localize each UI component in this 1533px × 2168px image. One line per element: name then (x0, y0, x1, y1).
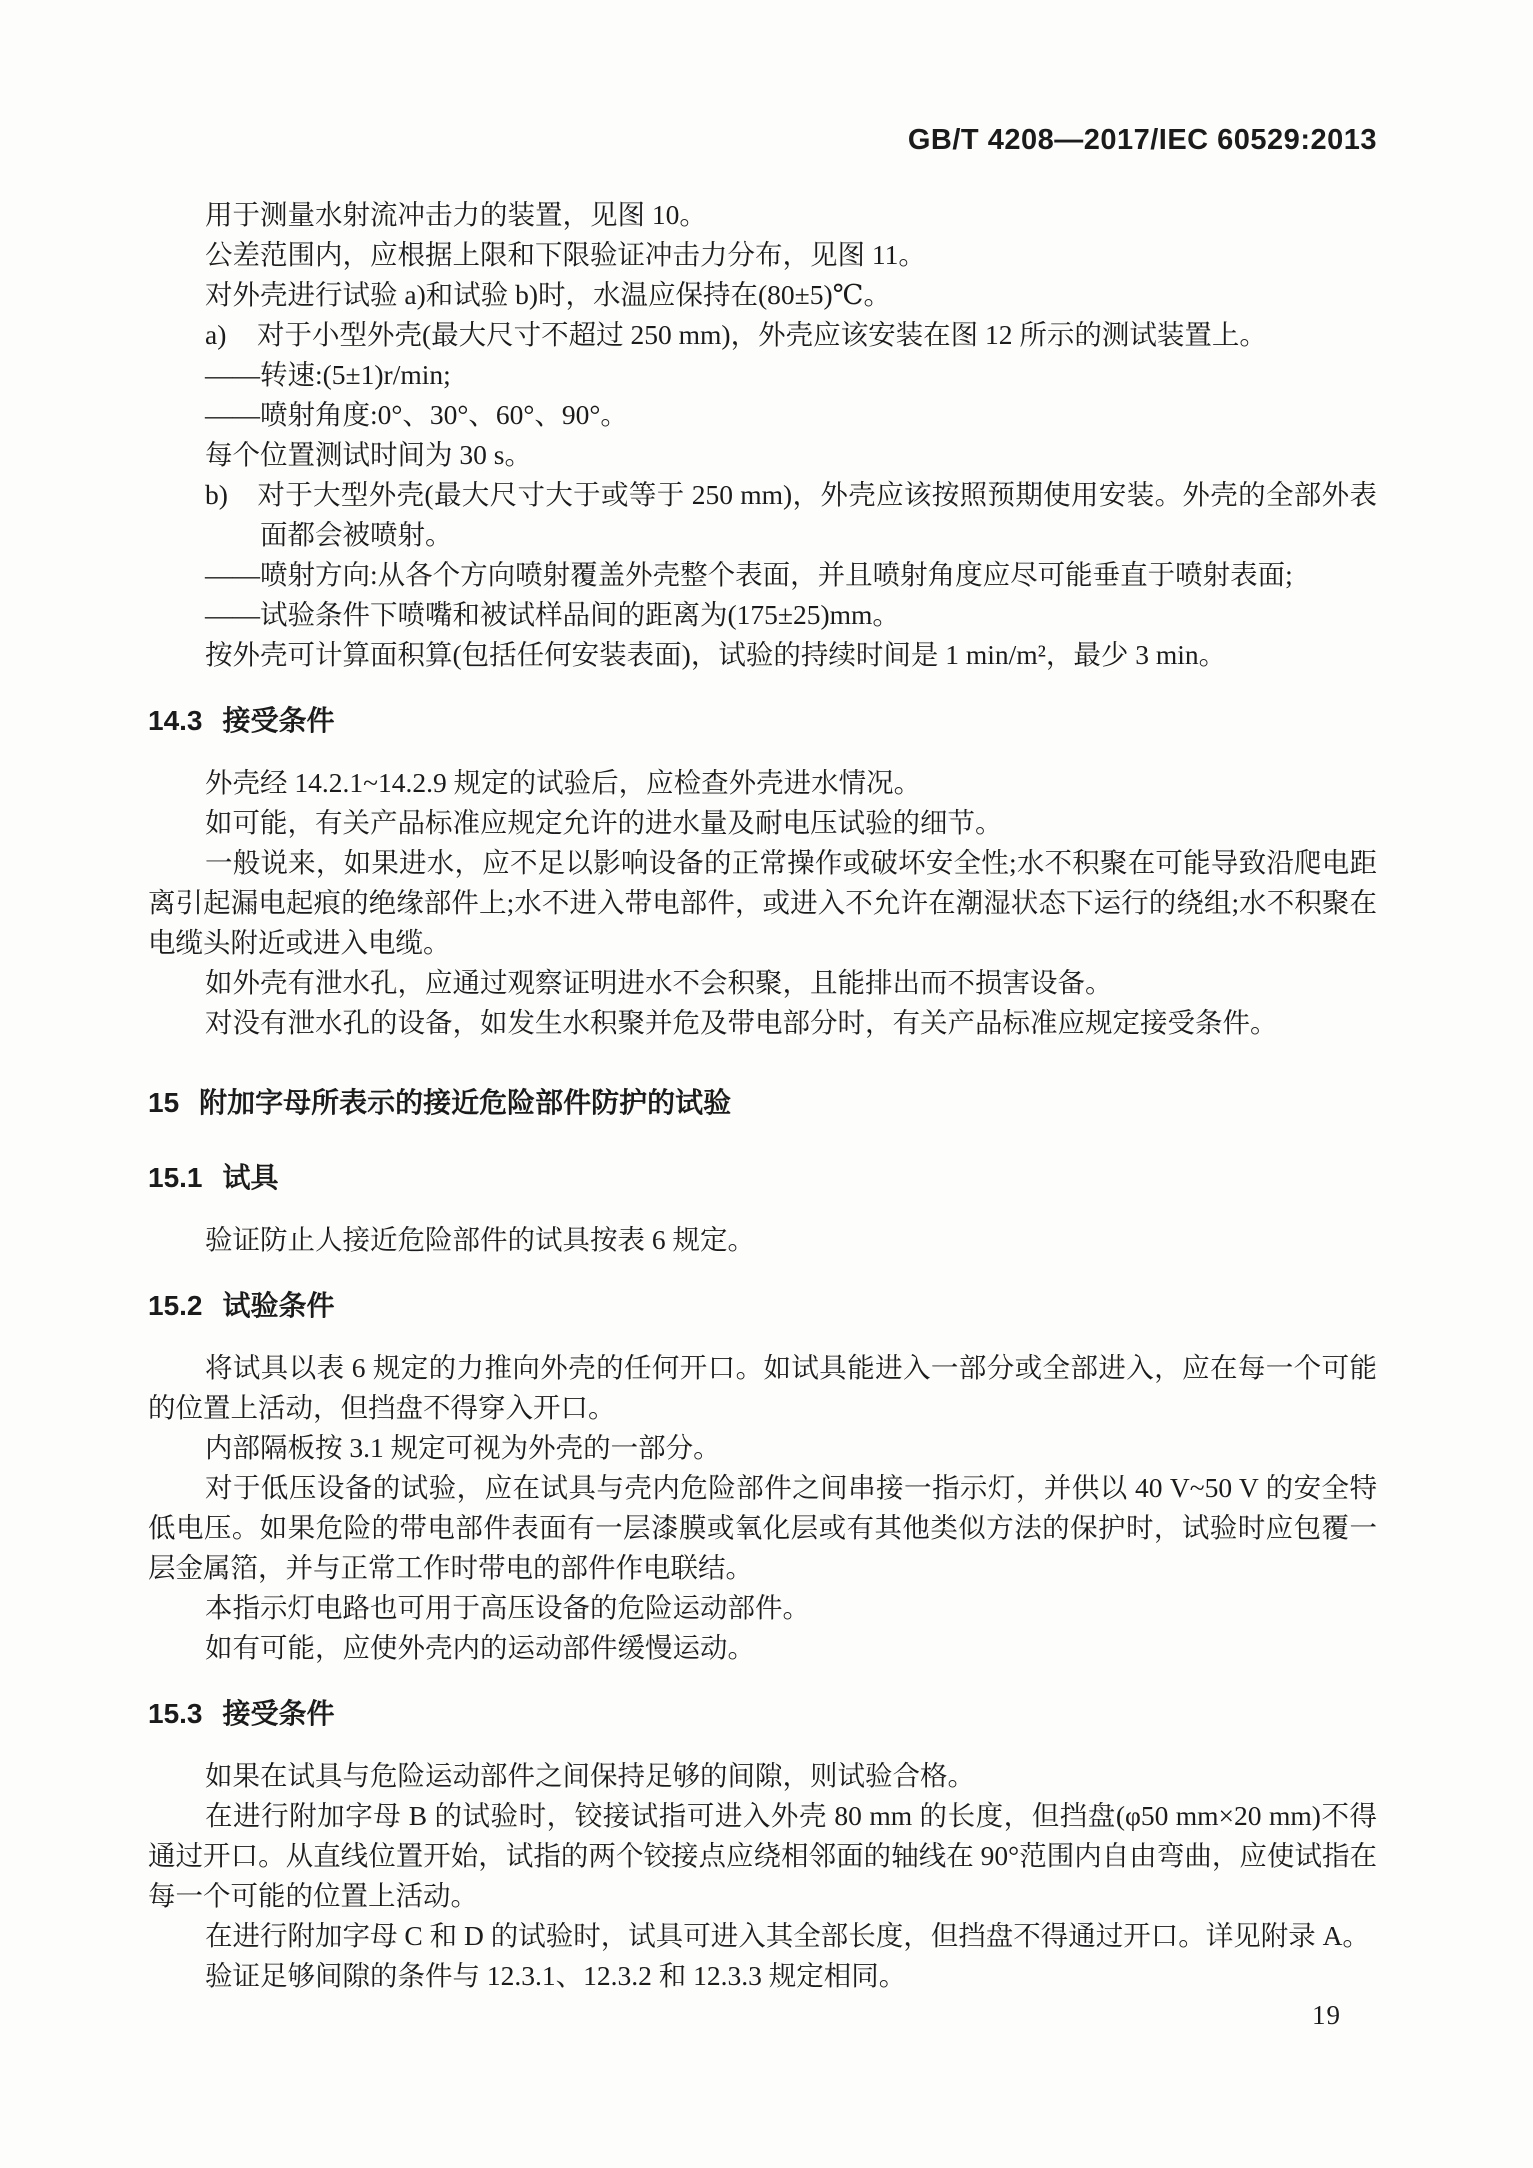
heading-number: 15.2 (148, 1290, 203, 1321)
list-item: a)对于小型外壳(最大尺寸不超过 250 mm)，外壳应该安装在图 12 所示的… (148, 315, 1377, 355)
heading-title: 试具 (223, 1162, 279, 1193)
page-number: 19 (1312, 2000, 1341, 2031)
standard-code-header: GB/T 4208—2017/IEC 60529:2013 (908, 124, 1377, 157)
heading-title: 试验条件 (223, 1290, 335, 1321)
paragraph: 对没有泄水孔的设备，如发生水积聚并危及带电部分时，有关产品标准应规定接受条件。 (148, 1003, 1377, 1043)
paragraph: 在进行附加字母 C 和 D 的试验时，试具可进入其全部长度，但挡盘不得通过开口。… (148, 1916, 1377, 1956)
clause-heading: 15.3接受条件 (148, 1694, 1377, 1734)
list-item-label: b) (205, 475, 257, 515)
list-item-text: 对于大型外壳(最大尺寸大于或等于 250 mm)，外壳应该按照预期使用安装。外壳… (257, 479, 1377, 550)
dash-item: ——喷射角度:0°、30°、60°、90°。 (148, 395, 1377, 435)
heading-number: 15.1 (148, 1162, 203, 1193)
paragraph: 外壳经 14.2.1~14.2.9 规定的试验后，应检查外壳进水情况。 (148, 763, 1377, 803)
heading-title: 附加字母所表示的接近危险部件防护的试验 (199, 1087, 731, 1118)
document-body: 用于测量水射流冲击力的装置，见图 10。公差范围内，应根据上限和下限验证冲击力分… (148, 195, 1377, 1996)
clause-heading: 15.1试具 (148, 1158, 1377, 1198)
paragraph: 用于测量水射流冲击力的装置，见图 10。 (148, 195, 1377, 235)
heading-number: 14.3 (148, 705, 203, 736)
heading-number: 15.3 (148, 1698, 203, 1729)
paragraph: 一般说来，如果进水，应不足以影响设备的正常操作或破坏安全性;水不积聚在可能导致沿… (148, 843, 1377, 963)
heading-title: 接受条件 (223, 1698, 335, 1729)
paragraph: 对于低压设备的试验，应在试具与壳内危险部件之间串接一指示灯，并供以 40 V~5… (148, 1468, 1377, 1588)
paragraph: 内部隔板按 3.1 规定可视为外壳的一部分。 (148, 1428, 1377, 1468)
paragraph: 在进行附加字母 B 的试验时，铰接试指可进入外壳 80 mm 的长度，但挡盘(φ… (148, 1796, 1377, 1916)
paragraph: 将试具以表 6 规定的力推向外壳的任何开口。如试具能进入一部分或全部进入，应在每… (148, 1348, 1377, 1428)
paragraph: 如外壳有泄水孔，应通过观察证明进水不会积聚，且能排出而不损害设备。 (148, 963, 1377, 1003)
paragraph: 按外壳可计算面积算(包括任何安装表面)，试验的持续时间是 1 min/m²，最少… (148, 635, 1377, 675)
clause-heading: 14.3接受条件 (148, 701, 1377, 741)
paragraph: 如可能，有关产品标准应规定允许的进水量及耐电压试验的细节。 (148, 803, 1377, 843)
paragraph: 验证防止人接近危险部件的试具按表 6 规定。 (148, 1220, 1377, 1260)
list-item-text: 对于小型外壳(最大尺寸不超过 250 mm)，外壳应该安装在图 12 所示的测试… (257, 319, 1267, 350)
heading-number: 15 (148, 1087, 179, 1118)
paragraph: 本指示灯电路也可用于高压设备的危险运动部件。 (148, 1588, 1377, 1628)
paragraph: 公差范围内，应根据上限和下限验证冲击力分布，见图 11。 (148, 235, 1377, 275)
heading-title: 接受条件 (223, 705, 335, 736)
paragraph: 如果在试具与危险运动部件之间保持足够的间隙，则试验合格。 (148, 1756, 1377, 1796)
clause-heading: 15.2试验条件 (148, 1286, 1377, 1326)
dash-item: ——试验条件下喷嘴和被试样品间的距离为(175±25)mm。 (148, 595, 1377, 635)
paragraph: 验证足够间隙的条件与 12.3.1、12.3.2 和 12.3.3 规定相同。 (148, 1956, 1377, 1996)
dash-item: ——转速:(5±1)r/min; (148, 355, 1377, 395)
list-item: b)对于大型外壳(最大尺寸大于或等于 250 mm)，外壳应该按照预期使用安装。… (148, 475, 1377, 555)
document-page: GB/T 4208—2017/IEC 60529:2013 用于测量水射流冲击力… (0, 0, 1533, 2168)
list-item-label: a) (205, 315, 257, 355)
section-heading: 15附加字母所表示的接近危险部件防护的试验 (148, 1083, 1377, 1123)
paragraph: 如有可能，应使外壳内的运动部件缓慢运动。 (148, 1628, 1377, 1668)
paragraph: 对外壳进行试验 a)和试验 b)时，水温应保持在(80±5)℃。 (148, 275, 1377, 315)
paragraph: 每个位置测试时间为 30 s。 (148, 435, 1377, 475)
dash-item: ——喷射方向:从各个方向喷射覆盖外壳整个表面，并且喷射角度应尽可能垂直于喷射表面… (148, 555, 1377, 595)
